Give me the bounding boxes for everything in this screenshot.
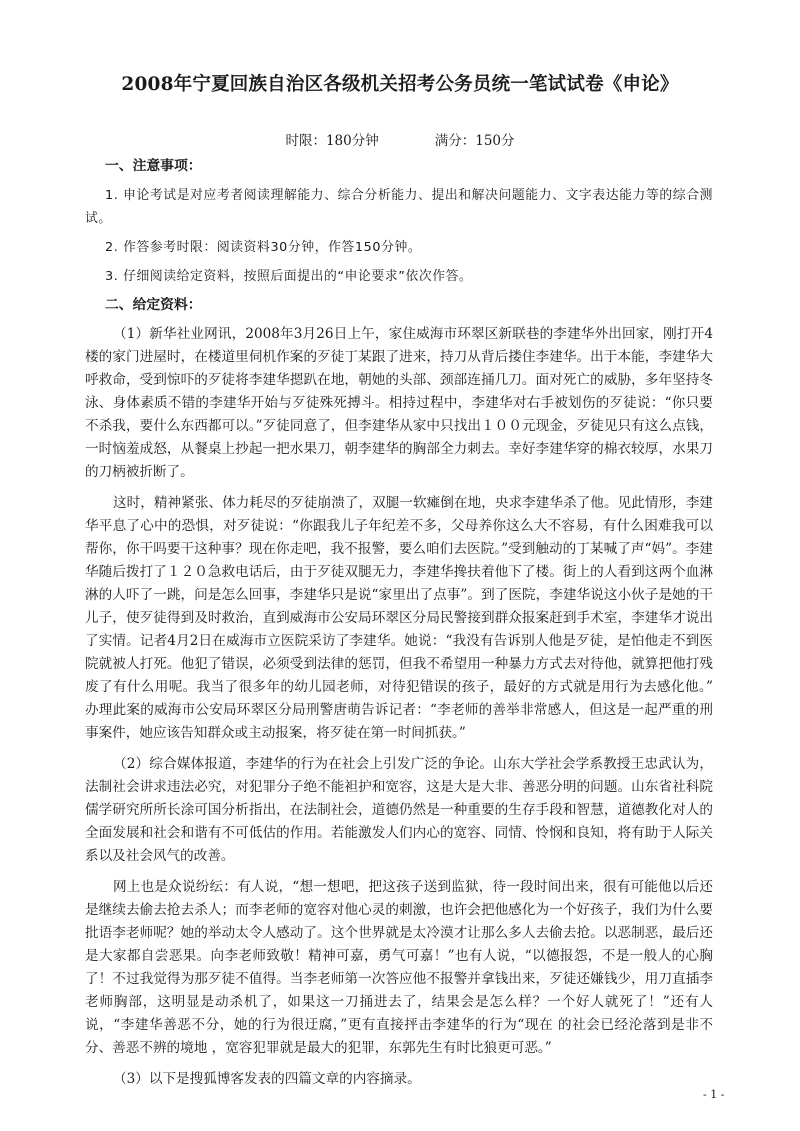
- time-limit: 时限：180分钟: [285, 129, 378, 149]
- material-paragraph: 这时，精神紧张、体力耗尽的歹徒崩溃了，双腿一软瘫倒在地，央求李建华杀了他。见此情…: [85, 492, 713, 745]
- material-paragraph: 网上也是众说纷纭：有人说，“想一想吧，把这孩子送到监狱，待一段时间出来，很有可能…: [85, 876, 713, 1060]
- material-paragraph: （2）综合媒体报道，李建华的行为在社会上引发广泛的争论。山东大学社会学系教授王忠…: [85, 753, 713, 868]
- document-body: 一、注意事项： 1. 申论考试是对应考者阅读理解能力、综合分析能力、提出和解决问…: [85, 155, 713, 1099]
- material-paragraph: （3）以下是搜狐博客发表的四篇文章的内容摘录。: [85, 1068, 713, 1091]
- document-title: 2008年宁夏回族自治区各级机关招考公务员统一笔试试卷《申论》: [0, 70, 800, 96]
- page-number: - 1 -: [703, 1088, 724, 1101]
- material-paragraph: （1）新华社业网讯，2008年3月26日上午，家住威海市环翠区新联巷的李建华外出…: [85, 323, 713, 484]
- document-page: 2008年宁夏回族自治区各级机关招考公务员统一笔试试卷《申论》 时限：180分钟…: [0, 0, 800, 1131]
- exam-meta: 时限：180分钟满分：150分: [0, 129, 800, 149]
- full-score: 满分：150分: [435, 129, 515, 149]
- section-heading-materials: 二、给定资料：: [105, 294, 713, 317]
- section-heading-notes: 一、注意事项：: [105, 155, 713, 178]
- note-item: 1. 申论考试是对应考者阅读理解能力、综合分析能力、提出和解决问题能力、文字表达…: [85, 184, 713, 230]
- note-item: 2. 作答参考时限：阅读资料30分钟，作答150分钟。: [85, 236, 713, 259]
- note-item: 3. 仔细阅读给定资料，按照后面提出的“申论要求”依次作答。: [85, 265, 713, 288]
